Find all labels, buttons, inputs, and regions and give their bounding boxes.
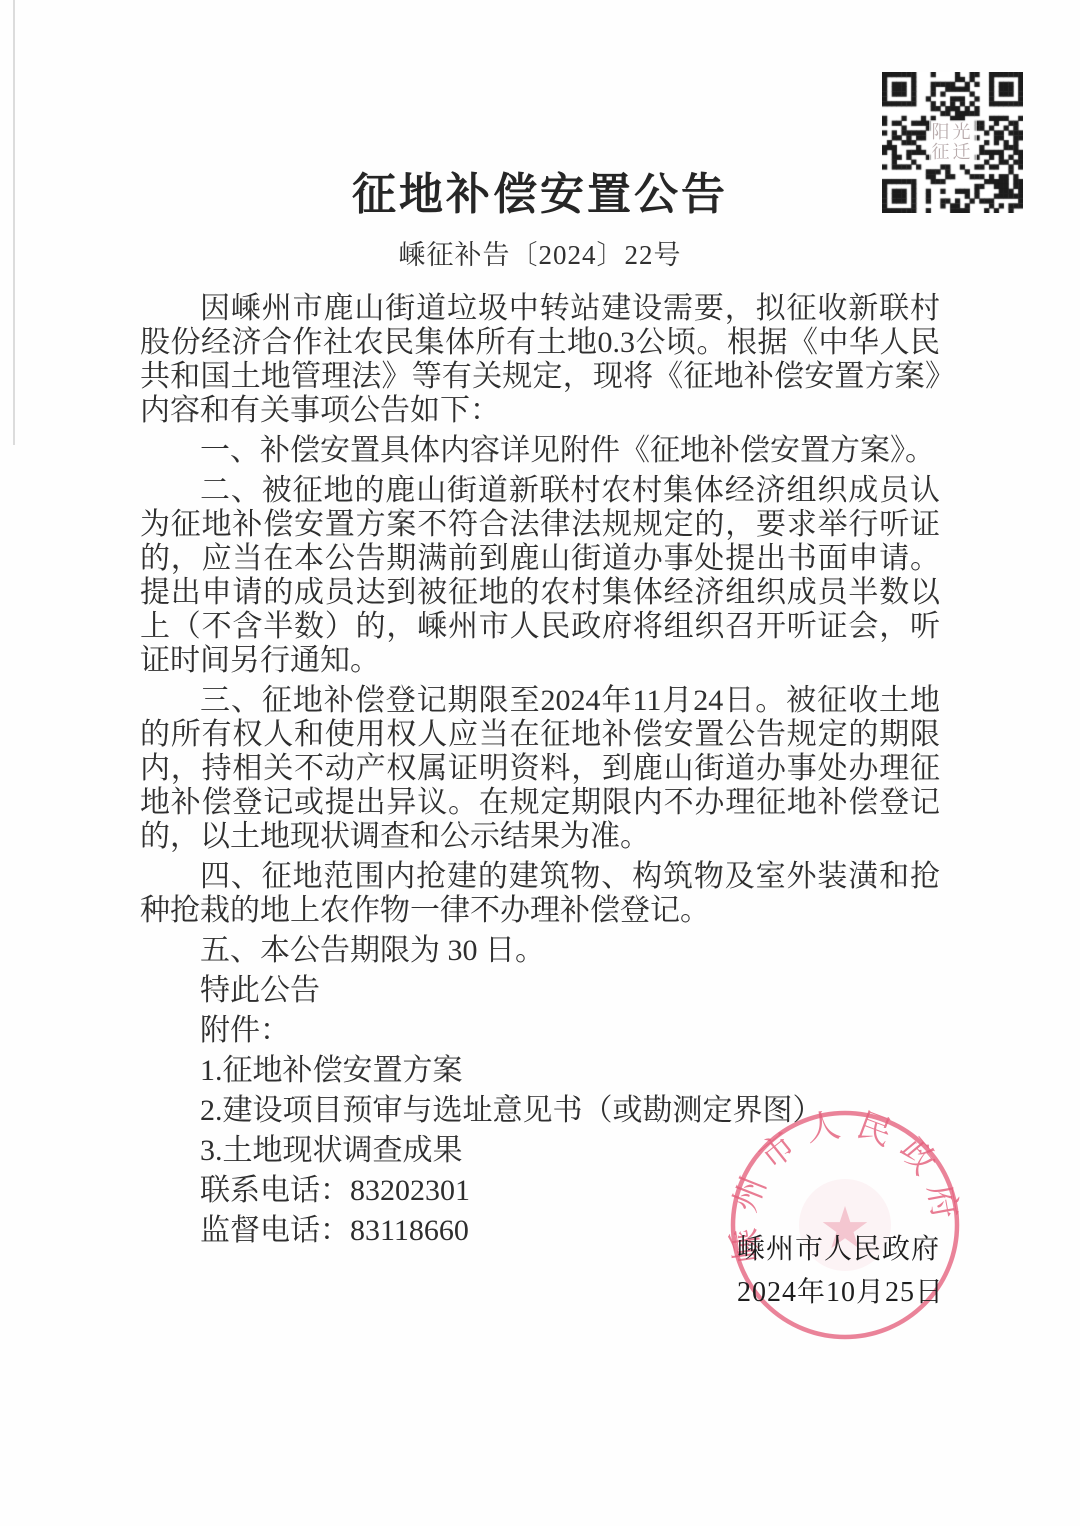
item-4: 四、征地范围内抢建的建筑物、构筑物及室外装潢和抢种抢栽的地上农作物一律不办理补偿… bbox=[140, 860, 940, 928]
intro-paragraph: 因嵊州市鹿山街道垃圾中转站建设需要，拟征收新联村股份经济合作社农民集体所有土地0… bbox=[140, 292, 940, 428]
doc-number: 嵊征补告〔2024〕22号 bbox=[0, 233, 1080, 272]
item-5: 五、本公告期限为 30 日。 bbox=[140, 934, 940, 968]
notice-title: 征地补偿安置公告 bbox=[0, 158, 1080, 222]
seal-graphic: ★ 嵊州市人民政府 bbox=[700, 1080, 990, 1370]
contact-number: 83202301 bbox=[350, 1174, 470, 1207]
closing-line: 特此公告 bbox=[140, 974, 940, 1008]
item-1: 一、补偿安置具体内容详见附件《征地补偿安置方案》。 bbox=[140, 434, 940, 468]
official-seal: ★ 嵊州市人民政府 bbox=[700, 1080, 990, 1370]
signature-block: 嵊州市人民政府 2024年10月25日 bbox=[737, 1228, 977, 1314]
item-2: 二、被征地的鹿山街道新联村农村集体经济组织成员认为征地补偿安置方案不符合法律法规… bbox=[140, 474, 940, 678]
contact-label: 监督电话： bbox=[200, 1214, 350, 1247]
issuer-name: 嵊州市人民政府 bbox=[737, 1228, 977, 1271]
contact-label: 联系电话： bbox=[200, 1174, 350, 1207]
notice-page: 阳光征迁 征地补偿安置公告 嵊征补告〔2024〕22号 因嵊州市鹿山街道垃圾中转… bbox=[0, 0, 1080, 1526]
attachments-label: 附件： bbox=[140, 1014, 940, 1048]
contact-number: 83118660 bbox=[350, 1214, 469, 1247]
issue-date: 2024年10月25日 bbox=[737, 1271, 977, 1314]
item-3: 三、征地补偿登记期限至2024年11月24日。被征收土地的所有权人和使用权人应当… bbox=[140, 684, 940, 854]
scan-edge-line bbox=[13, 0, 15, 445]
